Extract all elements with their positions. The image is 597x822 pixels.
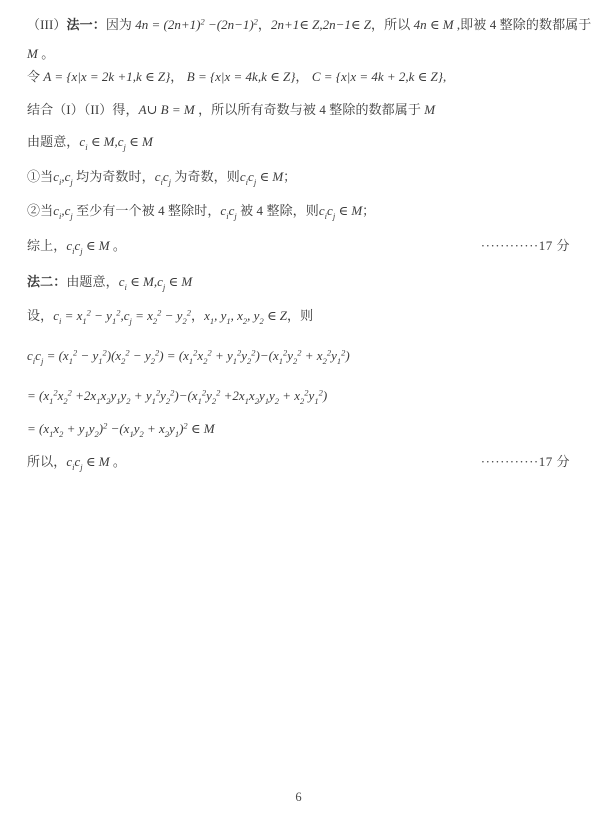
superscript: 2 bbox=[237, 348, 241, 358]
subscript: i bbox=[85, 142, 87, 152]
superscript: 2 bbox=[68, 388, 72, 398]
math-segment: cicj bbox=[155, 169, 171, 184]
subscript: 2 bbox=[94, 429, 98, 439]
math-segment: cicj ∈ M bbox=[66, 454, 109, 469]
text-segment: 因为 bbox=[106, 17, 132, 32]
text-segment: 综上， bbox=[27, 238, 66, 253]
text-segment: 由题意， bbox=[66, 274, 118, 289]
text-segment: 。 bbox=[110, 454, 126, 469]
text-segment: 所以， bbox=[27, 454, 66, 469]
math-segment: 4n ∈ M bbox=[410, 17, 456, 32]
subscript: 2 bbox=[243, 316, 247, 326]
text-segment: ， bbox=[170, 69, 186, 84]
text-line: 法二：由题意，ci ∈ M,cj ∈ M bbox=[27, 272, 572, 292]
superscript: 2 bbox=[102, 348, 106, 358]
subscript: 2 bbox=[259, 316, 263, 326]
subscript: i bbox=[72, 246, 74, 256]
math-segment: ci,cj bbox=[53, 169, 73, 184]
superscript: 2 bbox=[155, 348, 159, 358]
superscript: 2 bbox=[251, 348, 255, 358]
superscript: 2 bbox=[183, 421, 187, 431]
math-segment: cicj ∈ M bbox=[240, 169, 283, 184]
subscript: 2 bbox=[165, 429, 169, 439]
document-body: （III）法一：因为 4n = (2n+1)2 −(2n−1)2，2n+1∈ Z… bbox=[27, 0, 572, 822]
text-segment: ，所以所有奇数与被 4 整除的数都属于 bbox=[195, 102, 421, 117]
superscript: 2 bbox=[157, 308, 161, 318]
text-segment: 设， bbox=[27, 308, 53, 323]
subscript: 2 bbox=[275, 396, 279, 406]
math-segment: M bbox=[27, 46, 38, 61]
text-segment: 为奇数，则 bbox=[171, 169, 240, 184]
subscript: 1 bbox=[245, 396, 249, 406]
text-segment: ②当 bbox=[27, 203, 53, 218]
superscript: 2 bbox=[327, 348, 331, 358]
math-segment: cicj bbox=[220, 203, 236, 218]
math-segment: ci ∈ M,cj ∈ M bbox=[79, 134, 152, 149]
subscript: i bbox=[59, 177, 61, 187]
subscript: 2 bbox=[255, 396, 259, 406]
subscript: 1 bbox=[265, 396, 269, 406]
text-line: 设，ci = x12 − y12,cj = x22 − y22，x1, y1, … bbox=[27, 306, 572, 326]
text-segment: ， bbox=[295, 69, 311, 84]
math-segment: cicj ∈ M bbox=[319, 203, 362, 218]
text-segment: 法二： bbox=[27, 274, 66, 289]
superscript: 2 bbox=[170, 388, 174, 398]
subscript: j bbox=[129, 316, 131, 326]
score-mark: ············17 分 bbox=[481, 236, 570, 256]
subscript: j bbox=[163, 282, 165, 292]
math-segment: = (x1x2 + y1y2)2 −(x1y2 + x2y1)2 ∈ M bbox=[27, 421, 215, 436]
subscript: i bbox=[59, 211, 61, 221]
subscript: j bbox=[333, 211, 335, 221]
text-line: 结合（I）（II）得，A∪ B = M ，所以所有奇数与被 4 整除的数都属于 … bbox=[27, 100, 572, 120]
text-segment: （III） bbox=[27, 17, 67, 32]
math-segment: M bbox=[421, 102, 435, 117]
math-segment: cicj = (x12 − y12)(x22 − y22) = (x12x22 … bbox=[27, 348, 350, 363]
subscript: i bbox=[33, 356, 35, 366]
text-segment: 。 bbox=[110, 238, 126, 253]
subscript: 2 bbox=[106, 396, 110, 406]
text-segment: ，所以 bbox=[371, 17, 410, 32]
subscript: 2 bbox=[59, 429, 63, 439]
subscript: i bbox=[325, 211, 327, 221]
math-segment: 4n = (2n+1)2 −(2n−1)2 bbox=[132, 17, 258, 32]
text-segment: ； bbox=[283, 169, 296, 184]
subscript: i bbox=[125, 282, 127, 292]
subscript: 1 bbox=[49, 429, 53, 439]
text-line: 所以，cicj ∈ M 。············17 分 bbox=[27, 452, 572, 472]
superscript: 2 bbox=[193, 348, 197, 358]
document-page: （III）法一：因为 4n = (2n+1)2 −(2n−1)2，2n+1∈ Z… bbox=[0, 0, 597, 822]
text-segment: 均为奇数时， bbox=[73, 169, 155, 184]
text-line: （III）法一：因为 4n = (2n+1)2 −(2n−1)2，2n+1∈ Z… bbox=[27, 15, 572, 35]
superscript: 2 bbox=[283, 348, 287, 358]
superscript: 2 bbox=[216, 388, 220, 398]
text-segment: 。 bbox=[38, 46, 54, 61]
text-segment: 结合（I）（II）得， bbox=[27, 102, 139, 117]
subscript: i bbox=[246, 177, 248, 187]
subscript: 1 bbox=[116, 396, 120, 406]
text-segment: 至少有一个被 4 整除时， bbox=[73, 203, 221, 218]
math-segment: cicj ∈ M bbox=[66, 238, 109, 253]
subscript: j bbox=[80, 246, 82, 256]
text-segment: 法一： bbox=[67, 17, 106, 32]
subscript: 1 bbox=[314, 396, 318, 406]
subscript: i bbox=[226, 211, 228, 221]
subscript: i bbox=[161, 177, 163, 187]
text-segment: ， bbox=[258, 17, 271, 32]
superscript: 2 bbox=[53, 388, 57, 398]
text-segment: 令 bbox=[27, 69, 40, 84]
score-mark: ············17 分 bbox=[481, 452, 570, 472]
math-segment: 2n+1∈ Z,2n−1∈ Z bbox=[271, 17, 371, 32]
superscript: 2 bbox=[87, 308, 91, 318]
text-segment: ， bbox=[191, 308, 204, 323]
superscript: 2 bbox=[319, 388, 323, 398]
subscript: j bbox=[124, 142, 126, 152]
text-segment: ，则 bbox=[287, 308, 313, 323]
math-segment: A∪ B = M bbox=[139, 102, 195, 117]
superscript: 2 bbox=[73, 348, 77, 358]
subscript: j bbox=[41, 356, 43, 366]
text-line: 综上，cicj ∈ M 。············17 分 bbox=[27, 236, 572, 256]
text-segment: ； bbox=[362, 203, 375, 218]
text-line: M 。 bbox=[27, 44, 572, 64]
subscript: 1 bbox=[129, 429, 133, 439]
text-line: = (x1x2 + y1y2)2 −(x1y2 + x2y1)2 ∈ M bbox=[27, 419, 572, 439]
math-segment: B = {x|x = 4k,k ∈ Z} bbox=[187, 69, 296, 84]
superscript: 2 bbox=[341, 348, 345, 358]
math-segment: C = {x|x = 4k + 2,k ∈ Z} bbox=[312, 69, 443, 84]
math-segment: ci,cj bbox=[53, 203, 73, 218]
superscript: 2 bbox=[156, 388, 160, 398]
math-segment: ci = x12 − y12,cj = x22 − y22 bbox=[53, 308, 191, 323]
text-line: cicj = (x12 − y12)(x22 − y22) = (x12x22 … bbox=[27, 346, 572, 366]
subscript: 2 bbox=[139, 429, 143, 439]
text-segment: 由题意， bbox=[27, 134, 79, 149]
text-line: 令 A = {x|x = 2k +1,k ∈ Z}， B = {x|x = 4k… bbox=[27, 67, 572, 87]
superscript: 2 bbox=[200, 17, 204, 27]
subscript: 1 bbox=[175, 429, 179, 439]
superscript: 2 bbox=[116, 308, 120, 318]
text-line: ①当ci,cj 均为奇数时，cicj 为奇数，则cicj ∈ M； bbox=[27, 167, 572, 187]
subscript: 2 bbox=[126, 396, 130, 406]
subscript: 1 bbox=[226, 316, 230, 326]
superscript: 2 bbox=[304, 388, 308, 398]
subscript: j bbox=[80, 462, 82, 472]
subscript: j bbox=[254, 177, 256, 187]
subscript: 1 bbox=[84, 429, 88, 439]
text-segment: , bbox=[443, 69, 446, 84]
text-line: ②当ci,cj 至少有一个被 4 整除时，cicj 被 4 整除，则cicj ∈… bbox=[27, 201, 572, 221]
text-segment: ①当 bbox=[27, 169, 53, 184]
subscript: 1 bbox=[96, 396, 100, 406]
text-segment: ,即被 4 整除的数都属于 bbox=[457, 17, 592, 32]
text-line: = (x12x22 +2x1x2y1y2 + y12y22)−(x12y22 +… bbox=[27, 386, 572, 406]
superscript: 2 bbox=[202, 388, 206, 398]
subscript: 1 bbox=[210, 316, 214, 326]
superscript: 2 bbox=[125, 348, 129, 358]
subscript: i bbox=[72, 462, 74, 472]
superscript: 2 bbox=[103, 421, 107, 431]
math-segment: ci ∈ M,cj ∈ M bbox=[119, 274, 192, 289]
math-segment: = (x12x22 +2x1x2y1y2 + y12y22)−(x12y22 +… bbox=[27, 388, 327, 403]
page-number: 6 bbox=[0, 790, 597, 805]
superscript: 2 bbox=[297, 348, 301, 358]
text-segment: 被 4 整除，则 bbox=[237, 203, 319, 218]
math-segment: x1, y1, x2, y2 ∈ Z bbox=[204, 308, 287, 323]
superscript: 2 bbox=[207, 348, 211, 358]
subscript: i bbox=[59, 316, 61, 326]
text-line: 由题意，ci ∈ M,cj ∈ M bbox=[27, 132, 572, 152]
math-segment: A = {x|x = 2k +1,k ∈ Z} bbox=[40, 69, 170, 84]
